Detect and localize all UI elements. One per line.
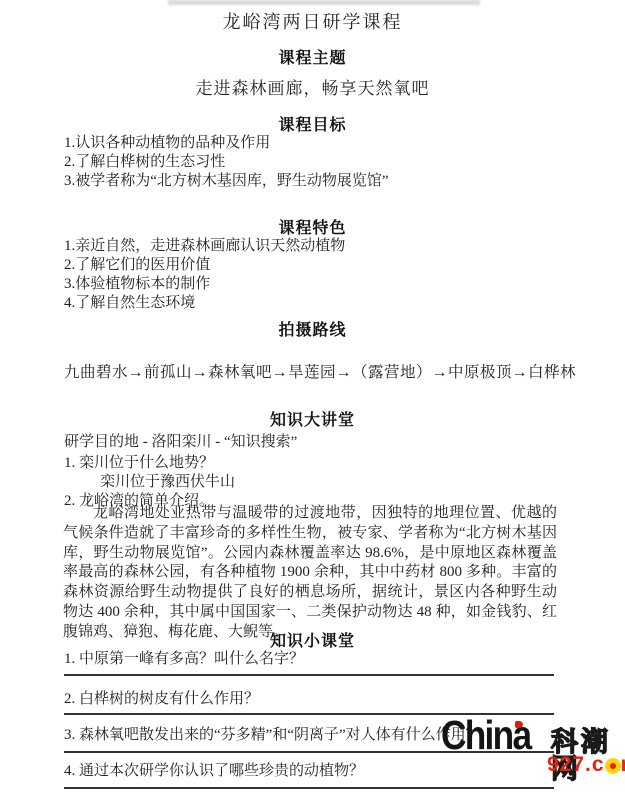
lecture-destination: 研学目的地 - 洛阳栾川 - “知识搜索” xyxy=(64,430,297,451)
red-flag-icon xyxy=(515,721,523,728)
document-page: { "doc": { "title": "龙峪湾两日研学课程", "theme"… xyxy=(0,0,625,792)
answer-blank-line-1 xyxy=(64,674,554,676)
lecture-question-1: 1. 栾川位于什么地势？ xyxy=(64,451,214,472)
section-heading-goals: 课程目标 xyxy=(0,112,625,135)
lecture-answer-1: 栾川位于豫西伏牛山 xyxy=(100,470,235,491)
quiz-question-1: 1. 中原第一峰有多高？叫什么名字？ xyxy=(64,647,304,668)
answer-blank-line-4 xyxy=(64,787,554,789)
features-list: 1.亲近自然，走进森林画廊认识天然动植物 2.了解它们的医用价值 3.体验植物标… xyxy=(64,237,345,313)
sun-icon xyxy=(606,759,620,773)
section-heading-theme: 课程主题 xyxy=(0,45,625,68)
site-watermark: China 科潮网 927.c m xyxy=(441,718,625,782)
watermark-url-prefix: 927.c xyxy=(547,754,605,775)
quiz-question-3: 3. 森林氧吧散发出来的“芬多精”和“阴离子”对人体有什么作用？ xyxy=(64,723,481,744)
watermark-url-suffix: m xyxy=(621,754,625,775)
section-heading-lecture: 知识大讲堂 xyxy=(0,407,625,430)
route-path: 九曲碧水→前孤山→森林氧吧→旱莲园→（露营地）→中原极顶→白桦林 xyxy=(64,360,576,382)
feature-item-2: 2.了解它们的医用价值 xyxy=(64,256,345,275)
scan-artifact-top xyxy=(168,0,480,5)
feature-item-3: 3.体验植物标本的制作 xyxy=(64,275,345,294)
course-theme-subtitle: 走进森林画廊，畅享天然氧吧 xyxy=(0,74,625,99)
section-heading-route: 拍摄路线 xyxy=(0,317,625,340)
feature-item-1: 1.亲近自然，走进森林画廊认识天然动植物 xyxy=(64,237,345,256)
goal-item-2: 2.了解白桦树的生态习性 xyxy=(64,153,389,172)
lecture-paragraph: 龙峪湾地处亚热带与温暖带的过渡地带，因独特的地理位置、优越的气候条件造就了丰富珍… xyxy=(63,504,557,643)
feature-item-4: 4.了解自然生态环境 xyxy=(64,294,345,313)
goal-item-1: 1.认识各种动植物的品种及作用 xyxy=(64,134,389,153)
quiz-question-4: 4. 通过本次研学你认识了哪些珍贵的动植物？ xyxy=(64,759,364,780)
quiz-question-2: 2. 白桦树的树皮有什么作用？ xyxy=(64,687,259,708)
goal-item-3: 3.被学者称为“北方树木基因库，野生动物展览馆” xyxy=(64,172,389,191)
section-heading-features: 课程特色 xyxy=(0,215,625,238)
watermark-url: 927.c m xyxy=(547,754,625,775)
document-title: 龙峪湾两日研学课程 xyxy=(0,8,625,34)
goals-list: 1.认识各种动植物的品种及作用 2.了解白桦树的生态习性 3.被学者称为“北方树… xyxy=(64,134,389,191)
